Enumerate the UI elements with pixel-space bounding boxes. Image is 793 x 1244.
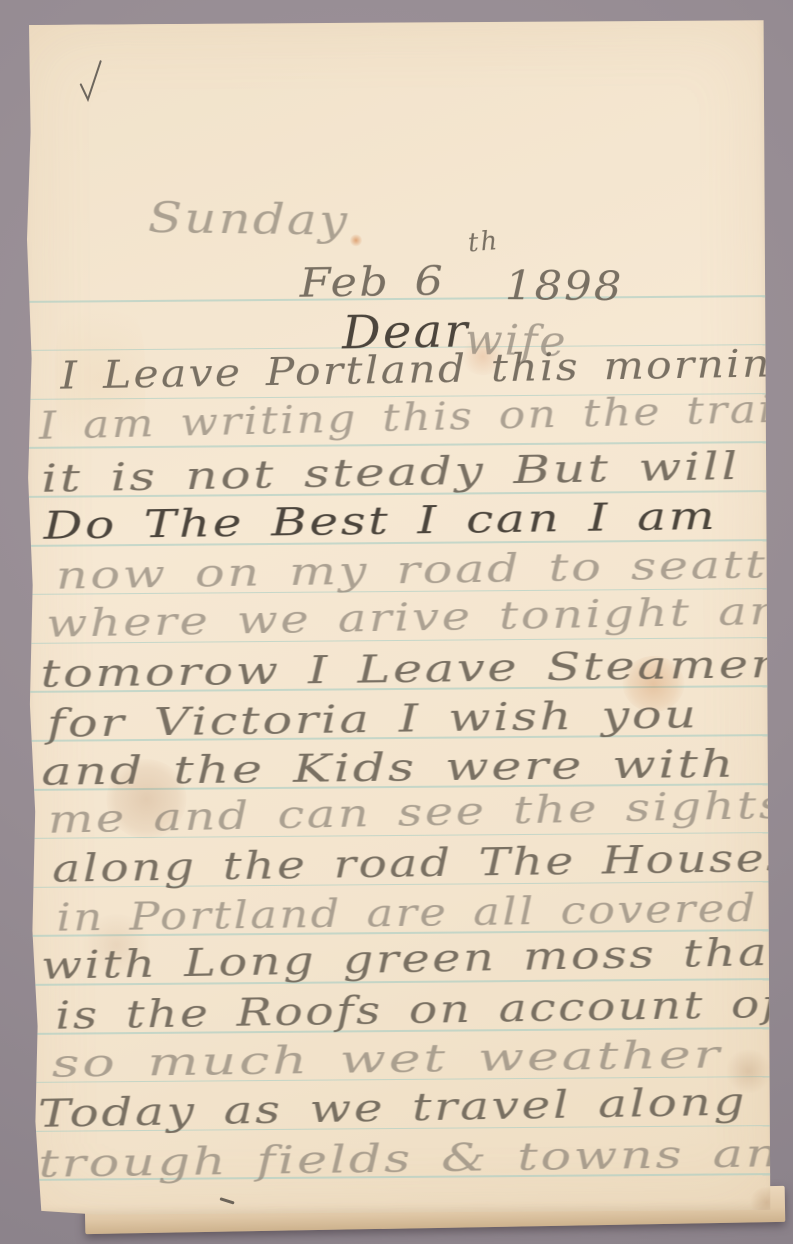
handwriting-line-7: tomorow I Leave Steamer — [40, 643, 773, 696]
letter-date-year: 1898 — [505, 263, 624, 310]
letter-day: Sunday — [148, 194, 350, 245]
handwriting-line-8: for Victoria I wish you — [47, 693, 699, 746]
pencil-checkmark-icon — [78, 58, 104, 108]
letter-date-month-day: Feb 6 — [299, 258, 445, 306]
letter-date-ordinal: th — [467, 227, 500, 259]
handwriting-line-17: trough fields & towns and — [38, 1132, 774, 1187]
letter-page: Sunday Feb 6 th 1898 Dear wife I Leave P… — [22, 19, 773, 1217]
scan-background: { "document": { "kind": "handwritten let… — [0, 0, 793, 1244]
handwriting-line-14: is the Roofs on account of — [55, 983, 774, 1039]
ruled-lines — [22, 19, 764, 25]
pencil-mark — [219, 1197, 234, 1204]
letter-body: I Leave Portland this morningI am writin… — [22, 19, 764, 25]
handwriting-line-16: Today as we travel along — [38, 1081, 748, 1137]
stain — [350, 234, 362, 246]
handwriting-line-3: it is not steady But will — [41, 445, 741, 502]
handwriting-line-11: along the road The Houses — [52, 837, 774, 892]
